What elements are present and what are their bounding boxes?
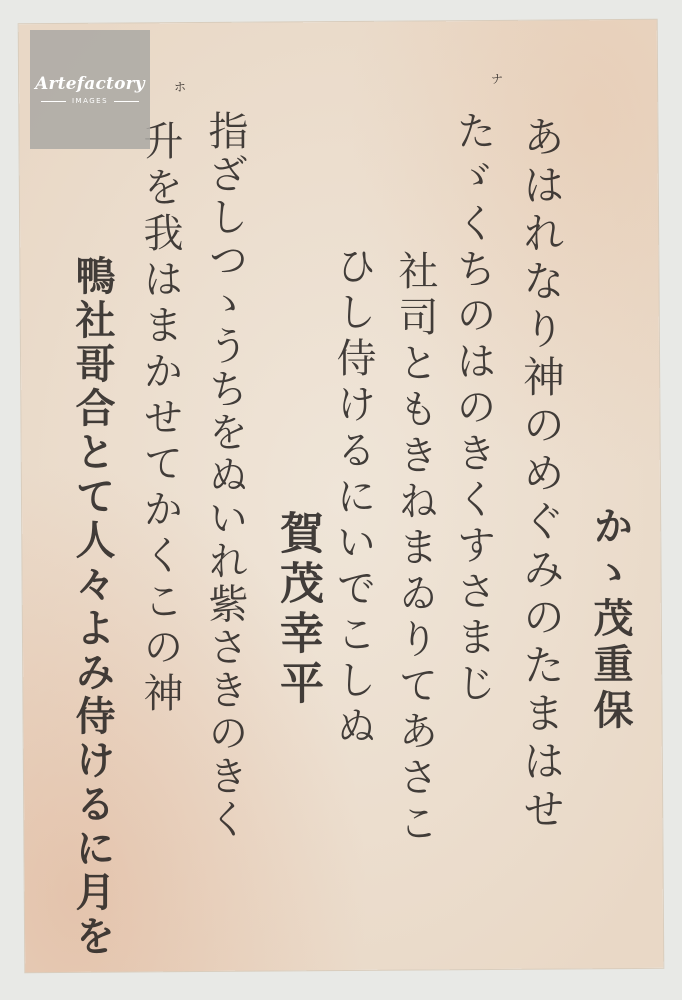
poem-line: ひし侍けるにいでこしぬ <box>333 245 373 751</box>
poem-line: あはれなり神のめぐみのたまはせ <box>520 115 562 835</box>
poem-line: 升を我はまかせてかくこの神 <box>140 120 180 718</box>
artefactory-watermark: Artefactory IMAGES <box>30 30 150 149</box>
poem-line: 社司ともきねまゐりてあさこ <box>395 250 435 848</box>
column-mark: ナ <box>491 70 503 87</box>
poem-line: たゞくちのはのきくすさまじ <box>453 110 493 708</box>
divider <box>41 101 66 102</box>
author-name-yukihira: 賀茂幸平 <box>275 510 319 710</box>
poem-line: 指ざしつゝうちをぬいれ紫さきのきく <box>205 110 245 841</box>
author-name-shigeyasu: かゝ茂重保 <box>590 505 630 735</box>
watermark-sub-label: IMAGES <box>72 97 108 105</box>
divider <box>114 101 139 102</box>
watermark-brand: Artefactory <box>35 74 145 94</box>
column-mark: ホ <box>174 78 186 95</box>
poem-heading: 鴨社哥合とて人々よみ侍けるに月を <box>72 255 112 959</box>
watermark-subtitle: IMAGES <box>41 97 139 105</box>
